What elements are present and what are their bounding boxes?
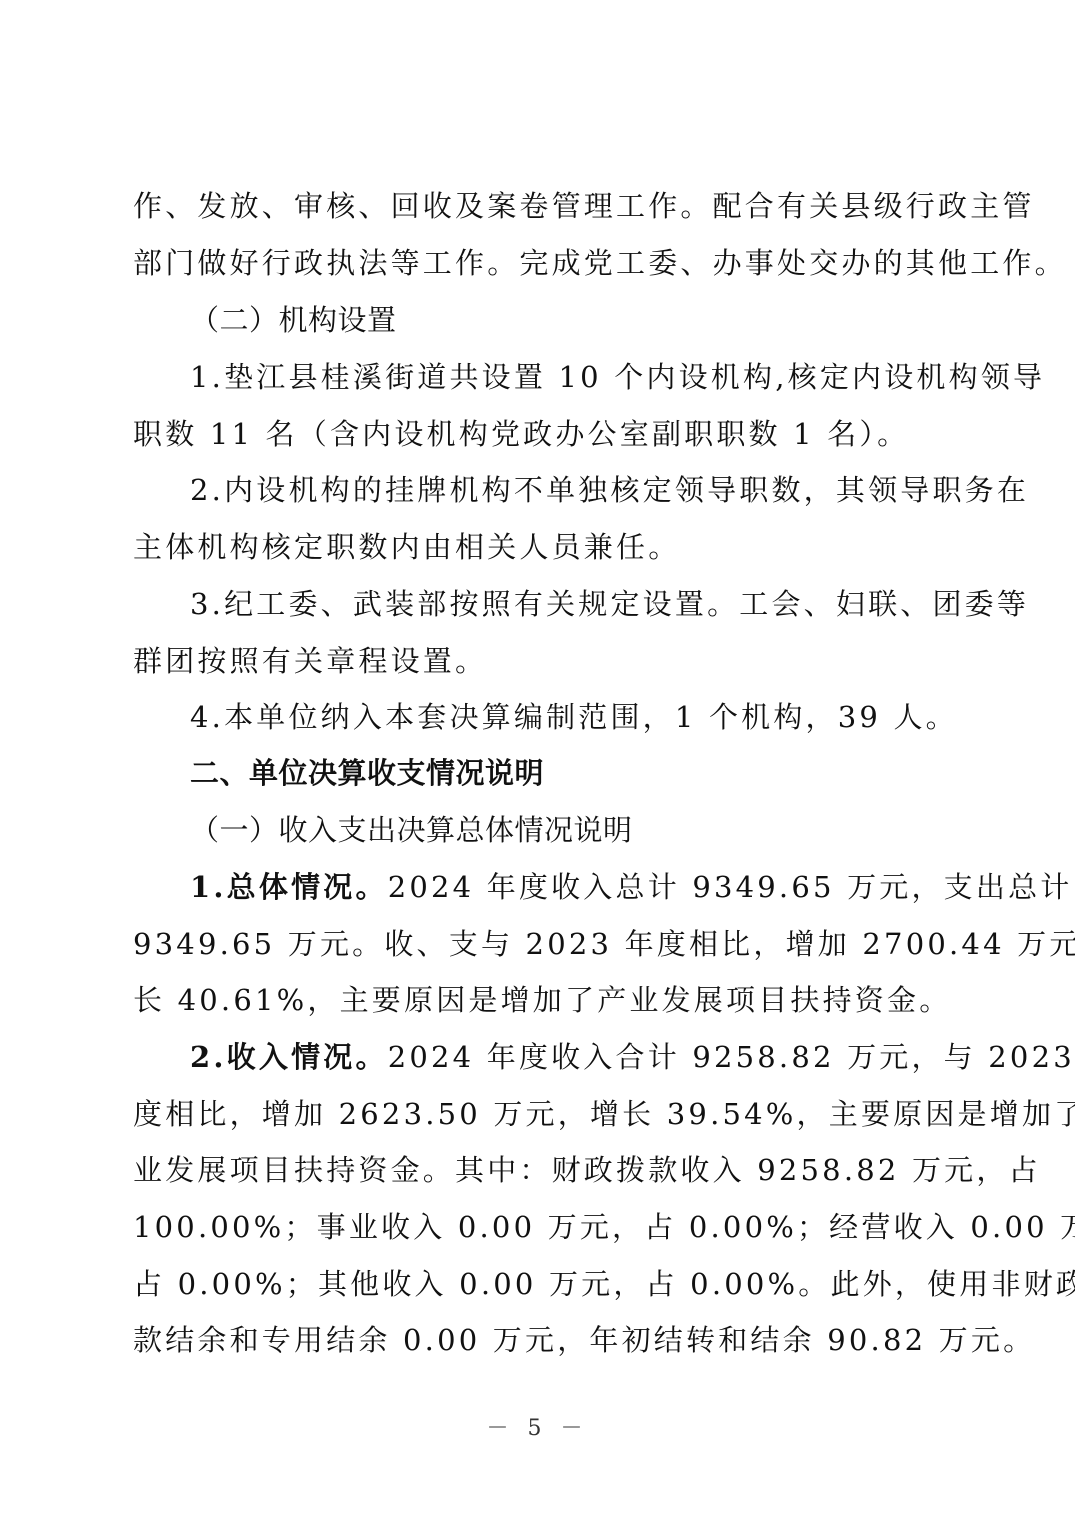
institution-item-1-line-1: 1.垫江县桂溪街道共设置 10 个内设机构,核定内设机构领导 — [190, 357, 1000, 397]
overall-text: 2024 年度收入总计 9349.65 万元，支出总计 — [388, 870, 1073, 904]
income-text: 2024 年度收入合计 9258.82 万元，与 2023 年 — [388, 1040, 1075, 1074]
part-heading-budget-explanation: 二、单位决算收支情况说明 — [190, 753, 1000, 793]
income-paragraph-line-3: 业发展项目扶持资金。其中：财政拨款收入 9258.82 万元，占 — [133, 1150, 943, 1190]
section-heading-institution-setup: （二）机构设置 — [190, 300, 1000, 340]
body-text-line: 部门做好行政执法等工作。完成党工委、办事处交办的其他工作。 — [133, 243, 943, 283]
income-lead: 2.收入情况。 — [190, 1040, 388, 1074]
income-paragraph-line-5: 占 0.00%；其他收入 0.00 万元，占 0.00%。此外，使用非财政拨 — [133, 1264, 943, 1304]
body-text-line: 作、发放、审核、回收及案卷管理工作。配合有关县级行政主管 — [133, 186, 943, 226]
overall-paragraph-line-1: 1.总体情况。2024 年度收入总计 9349.65 万元，支出总计 — [190, 867, 1000, 907]
institution-item-3-line-1: 3.纪工委、武装部按照有关规定设置。工会、妇联、团委等 — [190, 584, 1000, 624]
institution-item-2-line-2: 主体机构核定职数内由相关人员兼任。 — [133, 527, 943, 567]
income-paragraph-line-2: 度相比，增加 2623.50 万元，增长 39.54%，主要原因是增加了产 — [133, 1094, 943, 1134]
institution-item-3-line-2: 群团按照有关章程设置。 — [133, 641, 943, 681]
income-paragraph-line-4: 100.00%；事业收入 0.00 万元，占 0.00%；经营收入 0.00 万… — [133, 1207, 943, 1247]
overall-lead: 1.总体情况。 — [190, 870, 388, 904]
income-paragraph-line-1: 2.收入情况。2024 年度收入合计 9258.82 万元，与 2023 年 — [190, 1037, 1000, 1077]
institution-item-1-line-2: 职数 11 名（含内设机构党政办公室副职职数 1 名）。 — [133, 414, 943, 454]
document-page: 作、发放、审核、回收及案卷管理工作。配合有关县级行政主管 部门做好行政执法等工作… — [0, 0, 1075, 1520]
institution-item-2-line-1: 2.内设机构的挂牌机构不单独核定领导职数，其领导职务在 — [190, 470, 1000, 510]
page-number: － 5 － — [0, 1411, 1075, 1442]
overall-paragraph-line-2: 9349.65 万元。收、支与 2023 年度相比，增加 2700.44 万元，… — [133, 924, 943, 964]
institution-item-4: 4.本单位纳入本套决算编制范围，1 个机构，39 人。 — [190, 697, 1000, 737]
subsection-heading-overall: （一）收入支出决算总体情况说明 — [190, 810, 1000, 850]
overall-paragraph-line-3: 长 40.61%，主要原因是增加了产业发展项目扶持资金。 — [133, 980, 943, 1020]
income-paragraph-line-6: 款结余和专用结余 0.00 万元，年初结转和结余 90.82 万元。 — [133, 1320, 943, 1360]
